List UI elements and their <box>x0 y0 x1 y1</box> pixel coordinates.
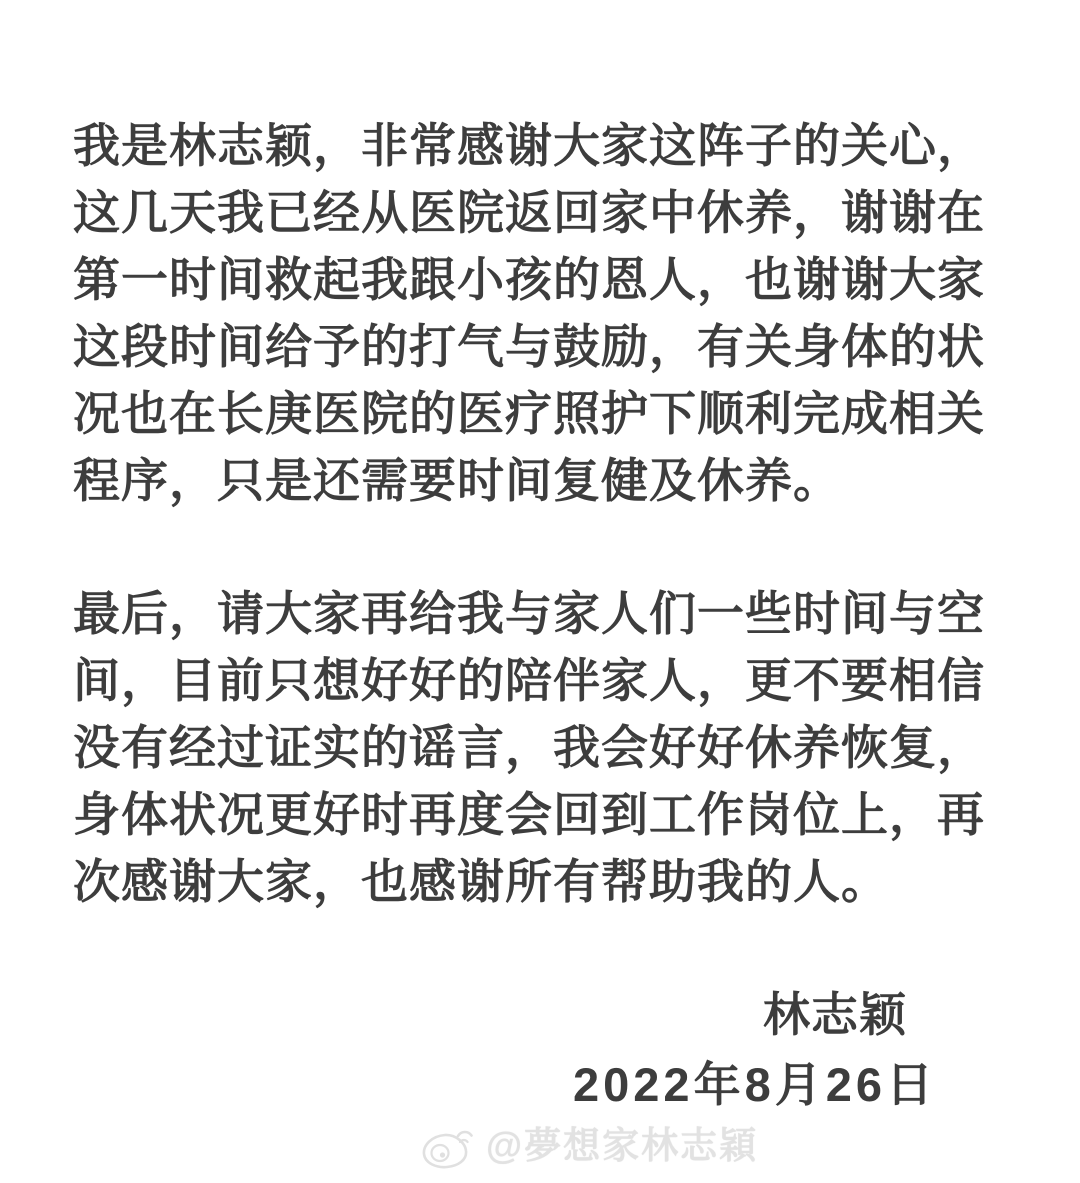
text-line: 没有经过证实的谣言，我会好好休养恢复， <box>73 714 1013 781</box>
text-line: 次感谢大家，也感谢所有帮助我的人。 <box>73 848 1013 915</box>
paragraph-2: 最后，请大家再给我与家人们一些时间与空 间，目前只想好好的陪伴家人，更不要相信 … <box>73 580 1013 915</box>
text-line: 程序，只是还需要时间复健及休养。 <box>73 447 1013 514</box>
text-line: 身体状况更好时再度会回到工作岗位上，再 <box>73 781 1013 848</box>
text-line: 这几天我已经从医院返回家中休养，谢谢在 <box>73 179 1013 246</box>
text-line: 我是林志颖，非常感谢大家这阵子的关心， <box>73 112 1013 179</box>
text-line: 这段时间给予的打气与鼓励，有关身体的状 <box>73 313 1013 380</box>
paragraph-1: 我是林志颖，非常感谢大家这阵子的关心， 这几天我已经从医院返回家中休养，谢谢在 … <box>73 112 1013 514</box>
statement-image: 我是林志颖，非常感谢大家这阵子的关心， 这几天我已经从医院返回家中休养，谢谢在 … <box>0 0 1080 1183</box>
weibo-logo-icon <box>420 1121 476 1171</box>
signature-name: 林志颖 <box>573 980 937 1050</box>
text-line: 间，目前只想好好的陪伴家人，更不要相信 <box>73 647 1013 714</box>
text-line: 第一时间救起我跟小孩的恩人，也谢谢大家 <box>73 246 1013 313</box>
text-line: 最后，请大家再给我与家人们一些时间与空 <box>73 580 1013 647</box>
statement-body: 我是林志颖，非常感谢大家这阵子的关心， 这几天我已经从医院返回家中休养，谢谢在 … <box>73 112 1013 915</box>
text-line: 况也在长庚医院的医疗照护下顺利完成相关 <box>73 380 1013 447</box>
watermark: @夢想家林志穎 <box>420 1118 758 1174</box>
signature-block: 林志颖 2022年8月26日 <box>573 980 937 1120</box>
signature-date: 2022年8月26日 <box>573 1050 937 1120</box>
watermark-handle: @夢想家林志穎 <box>486 1118 758 1174</box>
